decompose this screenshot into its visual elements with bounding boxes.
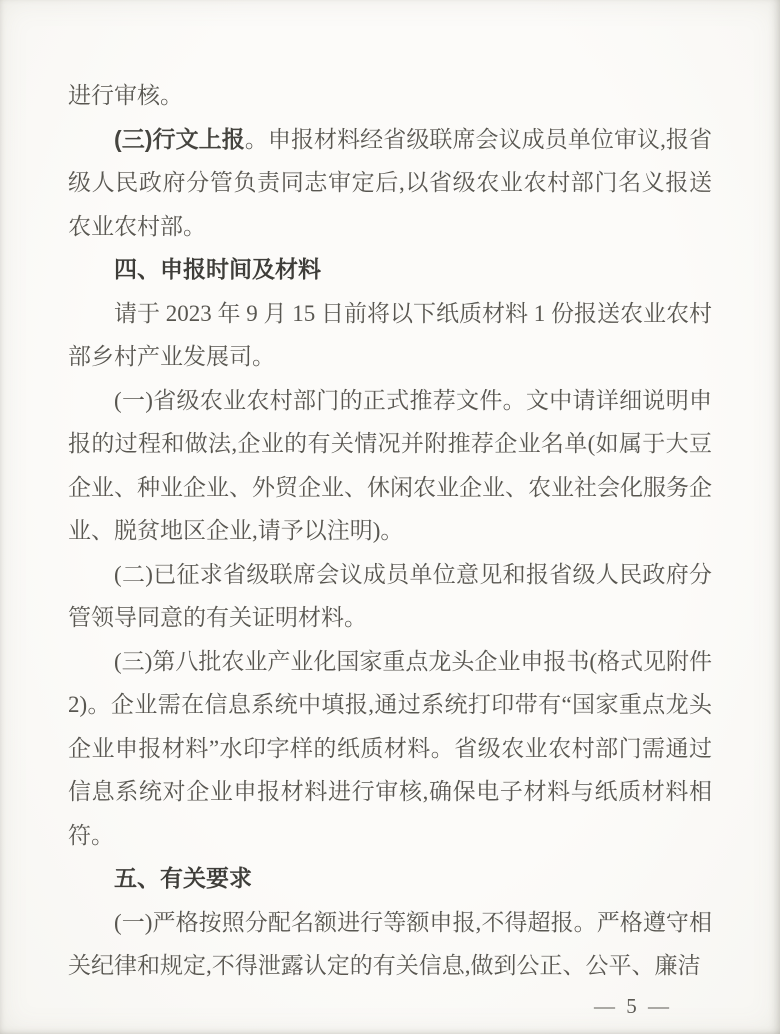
paragraph: 进行审核。 xyxy=(68,74,712,118)
section-heading: 四、申报时间及材料 xyxy=(68,248,712,292)
section-heading: 五、有关要求 xyxy=(68,857,712,901)
paragraph: (一)严格按照分配名额进行等额申报,不得超报。严格遵守相关纪律和规定,不得泄露认… xyxy=(68,901,712,988)
paragraph: (三)第八批农业产业化国家重点龙头企业申报书(格式见附件 2)。企业需在信息系统… xyxy=(68,640,712,858)
page-number: — 5 — xyxy=(594,993,672,1019)
paragraph: (二)已征求省级联席会议成员单位意见和报省级人民政府分管领导同意的有关证明材料。 xyxy=(68,553,712,640)
paragraph-lead: (三)行文上报 xyxy=(114,126,245,152)
scanned-document-page: 进行审核。(三)行文上报。申报材料经省级联席会议成员单位审议,报省级人民政府分管… xyxy=(0,0,780,1034)
paragraph: (一)省级农业农村部门的正式推荐文件。文中请详细说明申报的过程和做法,企业的有关… xyxy=(68,379,712,553)
paragraph: (三)行文上报。申报材料经省级联席会议成员单位审议,报省级人民政府分管负责同志审… xyxy=(68,118,712,249)
paragraph: 请于 2023 年 9 月 15 日前将以下纸质材料 1 份报送农业农村部乡村产… xyxy=(68,292,712,379)
document-body: 进行审核。(三)行文上报。申报材料经省级联席会议成员单位审议,报省级人民政府分管… xyxy=(68,74,712,988)
